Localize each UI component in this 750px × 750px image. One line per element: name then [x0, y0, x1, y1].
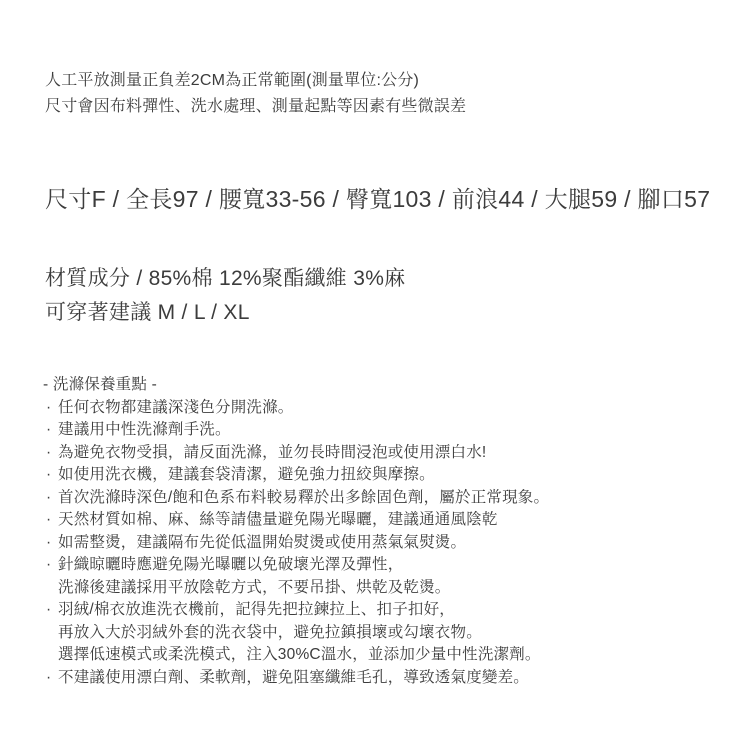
care-item: ·羽絨/棉衣放進洗衣機前，記得先把拉鍊拉上、扣子扣好，: [43, 599, 549, 622]
care-instructions-section: - 洗滌保養重點 - ·任何衣物都建議深淺色分開洗滌。·建議用中性洗滌劑手洗。·…: [43, 374, 549, 689]
bullet-dot: [43, 622, 58, 645]
measurement-note-line2: 尺寸會因布料彈性、洗水處理、測量起點等因素有些微誤差: [45, 94, 466, 120]
bullet-dot: ·: [43, 554, 58, 577]
bullet-dot: ·: [43, 397, 58, 420]
wear-size-suggestion: 可穿著建議 M / L / XL: [45, 296, 405, 330]
material-info: 材質成分 / 85%棉 12%聚酯纖維 3%麻 可穿著建議 M / L / XL: [45, 262, 405, 330]
care-item-text: 再放入大於羽絨外套的洗衣袋中，避免拉鎮損壞或勾壞衣物。: [58, 622, 482, 645]
measurement-note-line1: 人工平放測量正負差2CM為正常範圍(測量單位:公分): [45, 68, 466, 94]
care-item: ·首次洗滌時深色/飽和色系布料較易釋於出多餘固色劑，屬於正常現象。: [43, 487, 549, 510]
care-item-text: 如使用洗衣機，建議套袋清潔，避免強力扭絞與摩擦。: [58, 464, 435, 487]
care-item: 洗滌後建議採用平放陰乾方式，不要吊掛、烘乾及乾燙。: [43, 577, 549, 600]
bullet-dot: ·: [43, 487, 58, 510]
bullet-dot: ·: [43, 419, 58, 442]
care-item-text: 天然材質如棉、麻、絲等請儘量避免陽光曝曬，建議通通風陰乾: [58, 509, 498, 532]
care-item: ·如需整燙，建議隔布先從低溫開始熨燙或使用蒸氣氣熨燙。: [43, 532, 549, 555]
care-item-text: 首次洗滌時深色/飽和色系布料較易釋於出多餘固色劑，屬於正常現象。: [58, 487, 549, 510]
care-item-text: 不建議使用漂白劑、柔軟劑，避免阻塞纖維毛孔，導致透氣度變差。: [58, 667, 529, 690]
care-item-text: 選擇低速模式或柔洗模式，注入30%C溫水，並添加少量中性洗潔劑。: [58, 644, 541, 667]
care-item: ·為避免衣物受損，請反面洗滌，並勿長時間浸泡或使用漂白水!: [43, 442, 549, 465]
bullet-dot: ·: [43, 464, 58, 487]
care-item-text: 洗滌後建議採用平放陰乾方式，不要吊掛、烘乾及乾燙。: [58, 577, 451, 600]
care-item: ·天然材質如棉、麻、絲等請儘量避免陽光曝曬，建議通通風陰乾: [43, 509, 549, 532]
care-item: ·任何衣物都建議深淺色分開洗滌。: [43, 397, 549, 420]
care-item-text: 如需整燙，建議隔布先從低溫開始熨燙或使用蒸氣氣熨燙。: [58, 532, 466, 555]
care-item-text: 針織晾曬時應避免陽光曝曬以免破壞光澤及彈性，: [58, 554, 403, 577]
care-item-text: 任何衣物都建議深淺色分開洗滌。: [58, 397, 294, 420]
care-item: ·不建議使用漂白劑、柔軟劑，避免阻塞纖維毛孔，導致透氣度變差。: [43, 667, 549, 690]
bullet-dot: ·: [43, 667, 58, 690]
care-items-list: ·任何衣物都建議深淺色分開洗滌。·建議用中性洗滌劑手洗。·為避免衣物受損，請反面…: [43, 397, 549, 690]
care-section-title: - 洗滌保養重點 -: [43, 374, 549, 397]
bullet-dot: ·: [43, 509, 58, 532]
care-item-text: 建議用中性洗滌劑手洗。: [58, 419, 231, 442]
measurement-note: 人工平放測量正負差2CM為正常範圍(測量單位:公分) 尺寸會因布料彈性、洗水處理…: [45, 68, 466, 120]
care-item: 選擇低速模式或柔洗模式，注入30%C溫水，並添加少量中性洗潔劑。: [43, 644, 549, 667]
size-spec-line: 尺寸F / 全長97 / 腰寬33-56 / 臀寬103 / 前浪44 / 大腿…: [45, 184, 710, 214]
bullet-dot: ·: [43, 599, 58, 622]
care-item: ·如使用洗衣機，建議套袋清潔，避免強力扭絞與摩擦。: [43, 464, 549, 487]
material-composition: 材質成分 / 85%棉 12%聚酯纖維 3%麻: [45, 262, 405, 296]
bullet-dot: [43, 644, 58, 667]
care-item: ·建議用中性洗滌劑手洗。: [43, 419, 549, 442]
bullet-dot: ·: [43, 532, 58, 555]
bullet-dot: ·: [43, 442, 58, 465]
care-item-text: 羽絨/棉衣放進洗衣機前，記得先把拉鍊拉上、扣子扣好，: [58, 599, 455, 622]
care-item-text: 為避免衣物受損，請反面洗滌，並勿長時間浸泡或使用漂白水!: [58, 442, 486, 465]
care-item: ·針織晾曬時應避免陽光曝曬以免破壞光澤及彈性，: [43, 554, 549, 577]
care-item: 再放入大於羽絨外套的洗衣袋中，避免拉鎮損壞或勾壞衣物。: [43, 622, 549, 645]
bullet-dot: [43, 577, 58, 600]
